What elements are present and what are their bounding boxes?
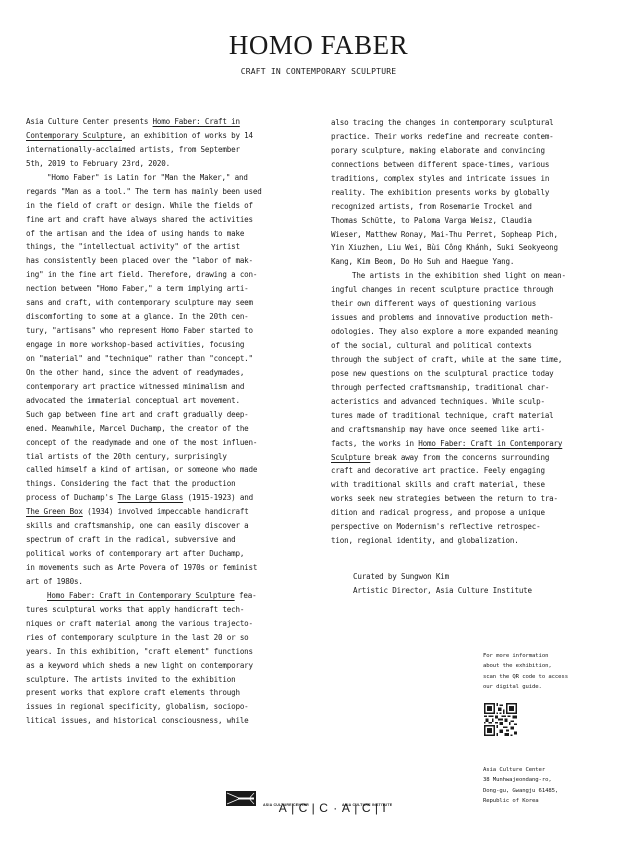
text-run: fea- xyxy=(235,591,257,600)
text-line: and craftsmanship may have once seemed l… xyxy=(331,423,623,437)
text-line: of the social, cultural and political co… xyxy=(331,339,623,353)
text-run: "Homo Faber" is Latin for "Man the Maker… xyxy=(47,173,248,182)
text-run: spectrum of craft in the radical, subver… xyxy=(26,535,235,544)
text-line: Thomas Schütte, to Paloma Varga Weisz, C… xyxy=(331,214,623,228)
text-line: Sculpture break away from the concerns s… xyxy=(331,451,623,465)
text-line: ened. Meanwhile, Marcel Duchamp, the cre… xyxy=(26,422,318,436)
text-run: recognized artists, from Rosemarie Trock… xyxy=(331,202,532,211)
text-run: of the artisan and the idea of using han… xyxy=(26,229,244,238)
underlined-title: Contemporary Sculpture xyxy=(26,131,122,140)
text-line: ingful changes in recent sculpture pract… xyxy=(331,283,623,297)
text-run: perspective on Modernism's reflective re… xyxy=(331,522,540,531)
text-line: on "material" and "technique" rather tha… xyxy=(26,352,318,366)
text-line: of the artisan and the idea of using han… xyxy=(26,227,318,241)
text-run: issues in regional specificity, globalis… xyxy=(26,702,249,711)
text-run: , an exhibition of works by 14 xyxy=(122,131,253,140)
text-line: discomforting to some at a glance. In th… xyxy=(26,310,318,324)
text-line: perspective on Modernism's reflective re… xyxy=(331,520,623,534)
text-line: fine art and craft have always shared th… xyxy=(26,213,318,227)
text-run: their own different ways of questioning … xyxy=(331,299,536,308)
underlined-title: The Large Glass xyxy=(118,493,183,502)
text-line: craft and decorative art practice. Feely… xyxy=(331,464,623,478)
text-line: through perfected craftsmanship, traditi… xyxy=(331,381,623,395)
logo-letters: A | C | C · A | C | I xyxy=(262,789,387,828)
text-line: tury, "artisans" who represent Homo Fabe… xyxy=(26,324,318,338)
text-line: sans and craft, with contemporary sculpt… xyxy=(26,296,318,310)
text-line: concept of the readymade and one of the … xyxy=(26,436,318,450)
text-line: Contemporary Sculpture, an exhibition of… xyxy=(26,129,318,143)
text-run: Yin Xiuzhen, Liu Wei, Bùi Công Khánh, Su… xyxy=(331,243,558,252)
text-run: fine art and craft have always shared th… xyxy=(26,215,253,224)
footer-logo: A | C | C · A | C | I ASIA CULTURE CENTE… xyxy=(226,789,416,811)
credits-block: Curated by Sungwon Kim Artistic Director… xyxy=(353,570,532,598)
body-right-column: also tracing the changes in contemporary… xyxy=(331,116,623,548)
info-line: scan the QR code to access xyxy=(483,672,568,682)
underlined-title: The Green Box xyxy=(26,507,83,516)
text-line: porary sculpture, making elaborate and c… xyxy=(331,144,623,158)
text-line: Wieser, Matthew Ronay, Mai-Thu Perret, S… xyxy=(331,228,623,242)
curator-name: Curated by Sungwon Kim xyxy=(353,570,532,584)
address-line: Asia Culture Center xyxy=(483,765,558,775)
text-line: tial artists of the 20th century, surpri… xyxy=(26,450,318,464)
text-run: traditions, complex styles and intricate… xyxy=(331,174,549,183)
text-run: dition and radical progress, and propose… xyxy=(331,508,545,517)
text-line: engage in more workshop-based activities… xyxy=(26,338,318,352)
text-line: acteristics and advanced techniques. Whi… xyxy=(331,395,623,409)
info-line: our digital guide. xyxy=(483,682,568,692)
text-run: discomforting to some at a glance. In th… xyxy=(26,312,249,321)
qr-code-icon[interactable] xyxy=(484,703,517,736)
text-line: in movements such as Arte Povera of 1970… xyxy=(26,561,318,575)
text-run: break away from the concerns surrounding xyxy=(370,453,549,462)
text-line: reality. The exhibition presents works b… xyxy=(331,186,623,200)
text-run: odologies. They also explore a more expa… xyxy=(331,327,558,336)
underlined-title: Sculpture xyxy=(331,453,370,462)
text-line: years. In this exhibition, "craft elemen… xyxy=(26,645,318,659)
text-run: connections between different space-time… xyxy=(331,160,549,169)
text-run: of the social, cultural and political co… xyxy=(331,341,532,350)
text-line: On the other hand, since the advent of r… xyxy=(26,366,318,380)
text-line: tures sculptural works that apply handic… xyxy=(26,603,318,617)
text-run: through the subject of craft, while at t… xyxy=(331,355,562,364)
text-line: "Homo Faber" is Latin for "Man the Maker… xyxy=(26,171,318,185)
text-line: Homo Faber: Craft in Contemporary Sculpt… xyxy=(26,589,318,603)
text-run: acteristics and advanced techniques. Whi… xyxy=(331,397,545,406)
text-run: regards "Man as a tool." The term has ma… xyxy=(26,187,262,196)
text-run: things, the "intellectual activity" of t… xyxy=(26,242,240,251)
text-run: ened. Meanwhile, Marcel Duchamp, the cre… xyxy=(26,424,249,433)
text-line: The artists in the exhibition shed light… xyxy=(331,269,623,283)
underlined-title: Homo Faber: Craft in Contemporary Sculpt… xyxy=(47,591,235,600)
text-run: tures sculptural works that apply handic… xyxy=(26,605,244,614)
text-run: (1934) involved impeccable handicraft xyxy=(83,507,249,516)
text-run: Asia Culture Center presents xyxy=(26,117,153,126)
text-line: called himself a kind of artisan, or som… xyxy=(26,463,318,477)
text-line: sculpture. The artists invited to the ex… xyxy=(26,673,318,687)
text-line: ries of contemporary sculpture in the la… xyxy=(26,631,318,645)
text-line: litical issues, and historical conscious… xyxy=(26,714,318,728)
text-run: present works that explore craft element… xyxy=(26,688,240,697)
text-run: craft and decorative art practice. Feely… xyxy=(331,466,545,475)
text-run: issues and problems and innovative produ… xyxy=(331,313,554,322)
logo-dot: · xyxy=(329,801,342,815)
text-line: issues in regional specificity, globalis… xyxy=(26,700,318,714)
text-run: in movements such as Arte Povera of 1970… xyxy=(26,563,257,572)
text-line: dition and radical progress, and propose… xyxy=(331,506,623,520)
aci-label: ASIA CULTURE INSTITUTE xyxy=(342,803,392,807)
text-line: internationally-acclaimed artists, from … xyxy=(26,143,318,157)
underlined-title: Homo Faber: Craft in Contemporary xyxy=(418,439,562,448)
text-line: regards "Man as a tool." The term has ma… xyxy=(26,185,318,199)
text-run: Kang, Kim Beom, Do Ho Suh and Haegue Yan… xyxy=(331,257,514,266)
page-subtitle: CRAFT IN CONTEMPORARY SCULPTURE xyxy=(0,67,637,76)
text-run: as a keyword which sheds a new light on … xyxy=(26,661,253,670)
text-run: facts, the works in xyxy=(331,439,418,448)
text-run: ries of contemporary sculpture in the la… xyxy=(26,633,249,642)
text-run: niques or craft material among the vario… xyxy=(26,619,253,628)
text-line: works seek new strategies between the re… xyxy=(331,492,623,506)
text-line: as a keyword which sheds a new light on … xyxy=(26,659,318,673)
text-run: and craftsmanship may have once seemed l… xyxy=(331,425,545,434)
text-run: reality. The exhibition presents works b… xyxy=(331,188,549,197)
text-line: tures made of traditional technique, cra… xyxy=(331,409,623,423)
text-line: in the field of craft or design. While t… xyxy=(26,199,318,213)
text-line: recognized artists, from Rosemarie Trock… xyxy=(331,200,623,214)
text-line: tion, regional identity, and globalizati… xyxy=(331,534,623,548)
text-run: tures made of traditional technique, cra… xyxy=(331,411,554,420)
info-block: For more information about the exhibitio… xyxy=(483,651,568,693)
text-run: on "material" and "technique" rather tha… xyxy=(26,354,253,363)
text-run: called himself a kind of artisan, or som… xyxy=(26,465,257,474)
body-left-column: Asia Culture Center presents Homo Faber:… xyxy=(26,115,318,728)
text-run: process of Duchamp's xyxy=(26,493,118,502)
text-run: skills and craftsmanship, one can easily… xyxy=(26,521,249,530)
text-line: practice. Their works redefine and recre… xyxy=(331,130,623,144)
text-run: art of 1980s. xyxy=(26,577,83,586)
address-line: Republic of Korea xyxy=(483,796,558,806)
text-line: Asia Culture Center presents Homo Faber:… xyxy=(26,115,318,129)
text-run: nection between "Homo Faber," a term imp… xyxy=(26,284,249,293)
text-run: sans and craft, with contemporary sculpt… xyxy=(26,298,253,307)
text-run: 5th, 2019 to February 23rd, 2020. xyxy=(26,159,170,168)
text-line: has consistently been placed over the "l… xyxy=(26,254,318,268)
text-line: things, the "intellectual activity" of t… xyxy=(26,240,318,254)
text-run: Thomas Schütte, to Paloma Varga Weisz, C… xyxy=(331,216,532,225)
text-run: advocated the immaterial conceptual art … xyxy=(26,396,240,405)
text-run: ingful changes in recent sculpture pract… xyxy=(331,285,554,294)
info-line: For more information xyxy=(483,651,568,661)
text-line: process of Duchamp's The Large Glass (19… xyxy=(26,491,318,505)
text-run: The artists in the exhibition shed light… xyxy=(352,271,566,280)
text-line: pose new questions on the sculptural pra… xyxy=(331,367,623,381)
text-line: facts, the works in Homo Faber: Craft in… xyxy=(331,437,623,451)
text-run: things. Considering the fact that the pr… xyxy=(26,479,235,488)
text-line: skills and craftsmanship, one can easily… xyxy=(26,519,318,533)
underlined-title: Homo Faber: Craft in xyxy=(153,117,240,126)
text-line: contemporary art practice witnessed mini… xyxy=(26,380,318,394)
text-run: On the other hand, since the advent of r… xyxy=(26,368,244,377)
text-run: concept of the readymade and one of the … xyxy=(26,438,257,447)
text-run: in the field of craft or design. While t… xyxy=(26,201,253,210)
text-run: through perfected craftsmanship, traditi… xyxy=(331,383,549,392)
text-line: The Green Box (1934) involved impeccable… xyxy=(26,505,318,519)
acc-label: ASIA CULTURE CENTER xyxy=(263,803,309,807)
text-run: litical issues, and historical conscious… xyxy=(26,716,249,725)
text-line: Such gap between fine art and craft grad… xyxy=(26,408,318,422)
text-line: issues and problems and innovative produ… xyxy=(331,311,623,325)
page-title: HOMO FABER xyxy=(0,30,637,60)
text-run: works seek new strategies between the re… xyxy=(331,494,558,503)
text-run: ing" in the fine art field. Therefore, d… xyxy=(26,270,257,279)
text-run: contemporary art practice witnessed mini… xyxy=(26,382,244,391)
text-run: has consistently been placed over the "l… xyxy=(26,256,253,265)
text-run: with traditional skills and craft materi… xyxy=(331,480,545,489)
text-run: practice. Their works redefine and recre… xyxy=(331,132,554,141)
text-line: Kang, Kim Beom, Do Ho Suh and Haegue Yan… xyxy=(331,255,623,269)
text-line: advocated the immaterial conceptual art … xyxy=(26,394,318,408)
text-line: 5th, 2019 to February 23rd, 2020. xyxy=(26,157,318,171)
text-run: also tracing the changes in contemporary… xyxy=(331,118,554,127)
text-run: porary sculpture, making elaborate and c… xyxy=(331,146,545,155)
text-line: spectrum of craft in the radical, subver… xyxy=(26,533,318,547)
text-line: through the subject of craft, while at t… xyxy=(331,353,623,367)
text-line: traditions, complex styles and intricate… xyxy=(331,172,623,186)
text-run: tury, "artisans" who represent Homo Fabe… xyxy=(26,326,253,335)
text-line: nection between "Homo Faber," a term imp… xyxy=(26,282,318,296)
text-line: niques or craft material among the vario… xyxy=(26,617,318,631)
address-line: Dong-gu, Gwangju 61485, xyxy=(483,786,558,796)
info-line: about the exhibition, xyxy=(483,661,568,671)
text-line: Yin Xiuzhen, Liu Wei, Bùi Công Khánh, Su… xyxy=(331,241,623,255)
text-line: art of 1980s. xyxy=(26,575,318,589)
text-line: their own different ways of questioning … xyxy=(331,297,623,311)
address-block: Asia Culture Center 38 Munhwajeondang-ro… xyxy=(483,765,558,807)
text-line: connections between different space-time… xyxy=(331,158,623,172)
text-run: (1915-1923) and xyxy=(183,493,253,502)
text-run: Such gap between fine art and craft grad… xyxy=(26,410,249,419)
text-line: also tracing the changes in contemporary… xyxy=(331,116,623,130)
text-line: with traditional skills and craft materi… xyxy=(331,478,623,492)
curator-role: Artistic Director, Asia Culture Institut… xyxy=(353,584,532,598)
text-line: ing" in the fine art field. Therefore, d… xyxy=(26,268,318,282)
text-run: sculpture. The artists invited to the ex… xyxy=(26,675,235,684)
text-run: tion, regional identity, and globalizati… xyxy=(331,536,519,545)
text-run: pose new questions on the sculptural pra… xyxy=(331,369,554,378)
text-run: Wieser, Matthew Ronay, Mai-Thu Perret, S… xyxy=(331,230,558,239)
text-run: internationally-acclaimed artists, from … xyxy=(26,145,240,154)
text-run: tial artists of the 20th century, surpri… xyxy=(26,452,227,461)
text-line: political works of contemporary art afte… xyxy=(26,547,318,561)
text-run: years. In this exhibition, "craft elemen… xyxy=(26,647,253,656)
text-line: odologies. They also explore a more expa… xyxy=(331,325,623,339)
text-line: things. Considering the fact that the pr… xyxy=(26,477,318,491)
acc-logo-mark-icon xyxy=(226,791,256,806)
text-run: engage in more workshop-based activities… xyxy=(26,340,244,349)
address-line: 38 Munhwajeondang-ro, xyxy=(483,775,558,785)
text-line: present works that explore craft element… xyxy=(26,686,318,700)
text-run: political works of contemporary art afte… xyxy=(26,549,244,558)
